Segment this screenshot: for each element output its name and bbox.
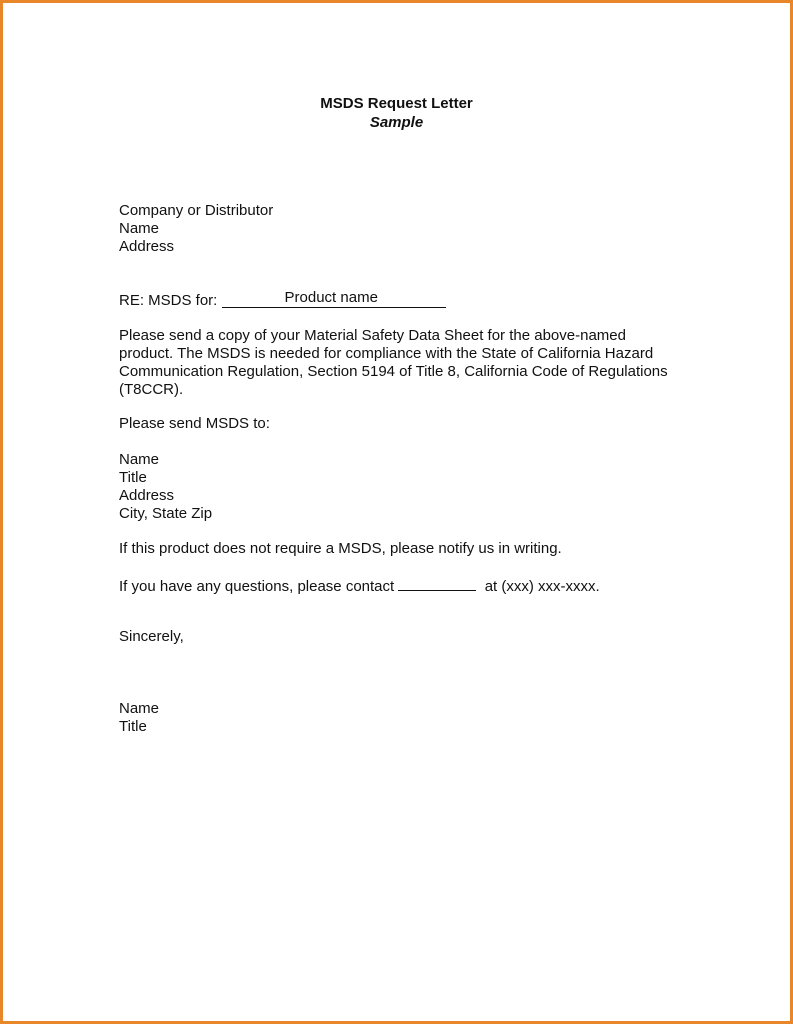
title-block: MSDS Request Letter Sample — [0, 94, 793, 132]
body-paragraph: Please send a copy of your Material Safe… — [119, 327, 679, 399]
recipient-address: Address — [119, 238, 174, 256]
notify-line: If this product does not require a MSDS,… — [119, 540, 562, 558]
document-title: MSDS Request Letter — [0, 94, 793, 113]
contact-blank — [398, 576, 476, 591]
product-name-blank: Product name — [222, 291, 446, 308]
document-subtitle: Sample — [0, 113, 793, 132]
recipient-name: Name — [119, 220, 159, 238]
signature-title: Title — [119, 718, 147, 736]
re-prefix: RE: MSDS for: — [119, 292, 217, 309]
recipient-company: Company or Distributor — [119, 202, 273, 220]
send-to-city-state-zip: City, State Zip — [119, 505, 212, 523]
contact-suffix: at (xxx) xxx-xxxx. — [485, 578, 600, 595]
re-line: RE: MSDS for: Product name — [119, 291, 446, 310]
contact-prefix: If you have any questions, please contac… — [119, 578, 394, 595]
send-to-address: Address — [119, 487, 174, 505]
product-name-placeholder: Product name — [285, 289, 378, 307]
send-to-name: Name — [119, 451, 159, 469]
send-to-title: Title — [119, 469, 147, 487]
signature-name: Name — [119, 700, 159, 718]
closing: Sincerely, — [119, 628, 184, 646]
send-to-label: Please send MSDS to: — [119, 415, 270, 433]
contact-line: If you have any questions, please contac… — [119, 576, 600, 596]
